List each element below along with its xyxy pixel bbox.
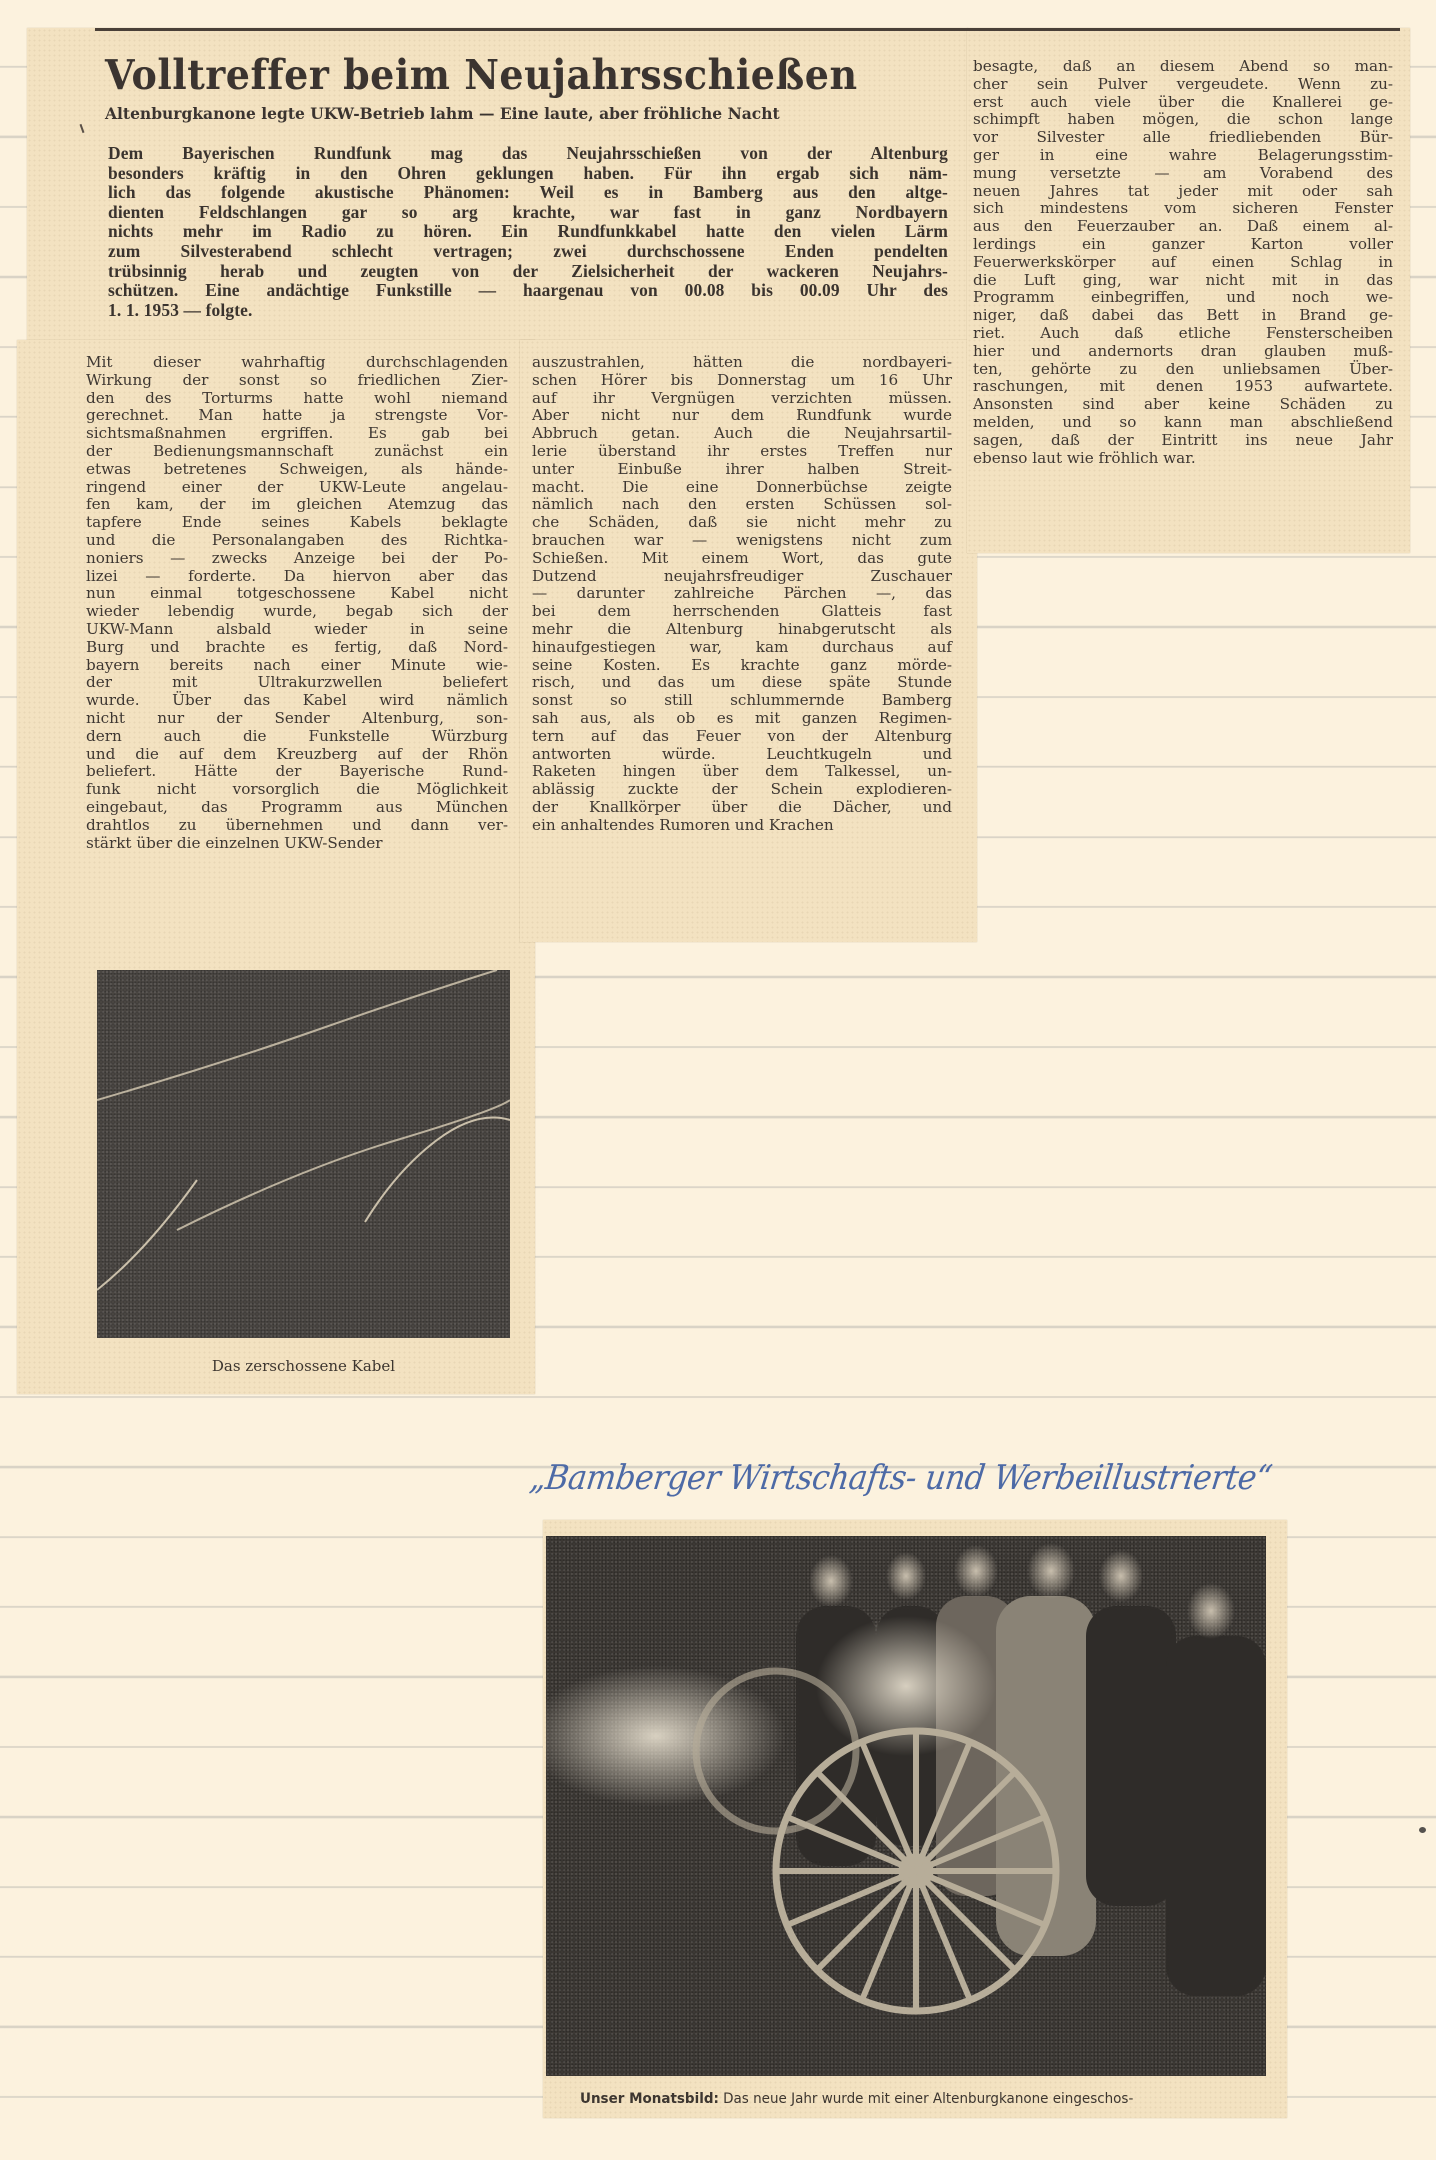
text-line: stärkt über die einzelnen UKW-Sender	[86, 835, 508, 853]
text-line: Abbruch getan. Auch die Neujahrsartil-	[532, 425, 952, 443]
cut-cable-caption: Das zerschossene Kabel	[97, 1357, 510, 1375]
text-line: den des Torturms hatte wohl niemand	[86, 390, 508, 408]
text-line: lerie überstand ihr erstes Treffen nur	[532, 443, 952, 461]
text-line: dienten Feldschlangen gar so arg krachte…	[108, 203, 948, 223]
article-column-middle: auszustrahlen, hätten die nordbayeri-sch…	[532, 354, 952, 835]
text-line: sagen, daß der Eintritt ins neue Jahr	[973, 432, 1393, 450]
text-line: neuen Jahres tat jeder mit oder sah	[973, 183, 1393, 201]
text-line: Feuerwerkskörper auf einen Schlag in	[973, 254, 1393, 272]
text-line: raschungen, mit denen 1953 aufwartete.	[973, 378, 1393, 396]
text-line: und die auf dem Kreuzberg auf der Rhön	[86, 746, 508, 764]
text-line: die Luft ging, war nicht mit in das	[973, 272, 1393, 290]
text-line: der Bedienungsmannschaft zunächst ein	[86, 443, 508, 461]
cable-lines-icon	[97, 970, 510, 1338]
text-line: niger, daß dabei das Bett in Brand ge-	[973, 307, 1393, 325]
text-line: aus den Feuerzauber an. Daß einem al-	[973, 218, 1393, 236]
text-line: auszustrahlen, hätten die nordbayeri-	[532, 354, 952, 372]
article-column-right: besagte, daß an diesem Abend so man-cher…	[973, 58, 1393, 467]
text-line: drahtlos zu übernehmen und dann ver-	[86, 817, 508, 835]
cannon-firing-photo	[546, 1536, 1266, 2076]
text-line: seine Kosten. Es krachte ganz mörde-	[532, 657, 952, 675]
text-line: erst auch viele über die Knallerei ge-	[973, 94, 1393, 112]
text-line: ten, gehörte zu den unliebsamen Über-	[973, 361, 1393, 379]
text-line: auf ihr Vergnügen verzichten müssen.	[532, 390, 952, 408]
text-line: Ansonsten sind aber keine Schäden zu	[973, 396, 1393, 414]
text-line: der Knallkörper über die Dächer, und	[532, 799, 952, 817]
cannon-scene-icon	[546, 1536, 1266, 2076]
text-line: Mit dieser wahrhaftig durchschlagenden	[86, 354, 508, 372]
text-line: nicht nur der Sender Altenburg, son-	[86, 710, 508, 728]
text-line: ger in eine wahre Belagerungsstim-	[973, 147, 1393, 165]
caption-label: Unser Monatsbild:	[580, 2091, 719, 2107]
ink-spot	[1419, 1827, 1426, 1833]
text-line: hinaufgestiegen war, kam durchaus auf	[532, 639, 952, 657]
text-line: mung versetzte — am Vorabend des	[973, 165, 1393, 183]
text-line: ringend einer der UKW-Leute angelau-	[86, 479, 508, 497]
text-line: lich das folgende akustische Phänomen: W…	[108, 183, 948, 203]
text-line: nämlich nach den ersten Schüssen sol-	[532, 496, 952, 514]
text-line: lerdings ein ganzer Karton voller	[973, 236, 1393, 254]
text-line: eingebaut, das Programm aus München	[86, 799, 508, 817]
text-line: gerechnet. Man hatte ja strengste Vor-	[86, 407, 508, 425]
text-line: besonders kräftig in den Ohren geklungen…	[108, 164, 948, 184]
text-line: funk nicht vorsorglich die Möglichkeit	[86, 781, 508, 799]
text-line: noniers — zwecks Anzeige bei der Po-	[86, 550, 508, 568]
text-line: hier und andernorts dran glauben muß-	[973, 343, 1393, 361]
text-line: beliefert. Hätte der Bayerische Rund-	[86, 763, 508, 781]
text-line: und die Personalangaben des Richtka-	[86, 532, 508, 550]
text-line: riet. Auch daß etliche Fensterscheiben	[973, 325, 1393, 343]
cannon-photo-caption: Unser Monatsbild: Das neue Jahr wurde mi…	[580, 2091, 1222, 2107]
text-line: — darunter zahlreiche Pärchen —, das	[532, 585, 952, 603]
text-line: cher sein Pulver vergeudete. Wenn zu-	[973, 76, 1393, 94]
text-line: Dem Bayerischen Rundfunk mag das Neujahr…	[108, 144, 948, 164]
text-line: sonst so still schlummernde Bamberg	[532, 692, 952, 710]
text-line: schimpft haben mögen, die schon lange	[973, 111, 1393, 129]
article-subheadline: Altenburgkanone legte UKW-Betrieb lahm —…	[105, 104, 935, 123]
text-line: tapfere Ende seines Kabels beklagte	[86, 514, 508, 532]
text-line: schen Hörer bis Donnerstag um 16 Uhr	[532, 372, 952, 390]
text-line: wurde. Über das Kabel wird nämlich	[86, 692, 508, 710]
text-line: wieder lebendig wurde, begab sich der	[86, 603, 508, 621]
text-line: che Schäden, daß sie nicht mehr zu	[532, 514, 952, 532]
handwritten-source-note: „Bamberger Wirtschafts- und Werbeillustr…	[527, 1458, 1287, 1498]
text-line: fen kam, der im gleichen Atemzug das	[86, 496, 508, 514]
text-line: Wirkung der sonst so friedlichen Zier-	[86, 372, 508, 390]
article-lead-paragraph: Dem Bayerischen Rundfunk mag das Neujahr…	[108, 144, 948, 320]
text-line: 1. 1. 1953 — folgte.	[108, 301, 948, 321]
text-line: Dutzend neujahrsfreudiger Zuschauer	[532, 568, 952, 586]
text-line: etwas betretenes Schweigen, als hände-	[86, 461, 508, 479]
text-line: zum Silvesterabend schlecht vertragen; z…	[108, 242, 948, 262]
text-line: ein anhaltendes Rumoren und Krachen	[532, 817, 952, 835]
text-line: Programm einbegriffen, und noch we-	[973, 289, 1393, 307]
text-line: sich mindestens vom sicheren Fenster	[973, 200, 1393, 218]
text-line: Aber nicht nur dem Rundfunk wurde	[532, 407, 952, 425]
text-line: ablässig zuckte der Schein explodieren-	[532, 781, 952, 799]
text-line: nichts mehr im Radio zu hören. Ein Rundf…	[108, 222, 948, 242]
text-line: sah aus, als ob es mit ganzen Regimen-	[532, 710, 952, 728]
text-line: ebenso laut wie fröhlich war.	[973, 450, 1393, 468]
text-line: UKW-Mann alsbald wieder in seine	[86, 621, 508, 639]
text-line: melden, und so kann man abschließend	[973, 414, 1393, 432]
text-line: bei dem herrschenden Glatteis fast	[532, 603, 952, 621]
text-line: mehr die Altenburg hinabgerutscht als	[532, 621, 952, 639]
caption-text: Das neue Jahr wurde mit einer Altenburgk…	[723, 2091, 1133, 2107]
text-line: tern auf das Feuer von der Altenburg	[532, 728, 952, 746]
text-line: unter Einbuße ihrer halben Streit-	[532, 461, 952, 479]
text-line: trübsinnig herab und zeugten von der Zie…	[108, 262, 948, 282]
text-line: antworten würde. Leuchtkugeln und	[532, 746, 952, 764]
text-line: vor Silvester alle friedliebenden Bür-	[973, 129, 1393, 147]
headline-rule	[95, 28, 1400, 31]
article-headline: Volltreffer beim Neujahrsschießen	[105, 50, 935, 99]
text-line: lizei — forderte. Da hiervon aber das	[86, 568, 508, 586]
text-line: macht. Die eine Donnerbüchse zeigte	[532, 479, 952, 497]
text-line: bayern bereits nach einer Minute wie-	[86, 657, 508, 675]
text-line: besagte, daß an diesem Abend so man-	[973, 58, 1393, 76]
text-line: der mit Ultrakurzwellen beliefert	[86, 674, 508, 692]
cut-cable-photo	[97, 970, 510, 1338]
text-line: sichtsmaßnahmen ergriffen. Es gab bei	[86, 425, 508, 443]
text-line: Schießen. Mit einem Wort, das gute	[532, 550, 952, 568]
text-line: dern auch die Funkstelle Würzburg	[86, 728, 508, 746]
text-line: risch, und das um diese späte Stunde	[532, 674, 952, 692]
article-column-left: Mit dieser wahrhaftig durchschlagendenWi…	[86, 354, 508, 852]
text-line: Burg und brachte es fertig, daß Nord-	[86, 639, 508, 657]
text-line: schützen. Eine andächtige Funkstille — h…	[108, 281, 948, 301]
text-line: Raketen hingen über dem Talkessel, un-	[532, 763, 952, 781]
text-line: nun einmal totgeschossene Kabel nicht	[86, 585, 508, 603]
text-line: brauchen war — wenigstens nicht zum	[532, 532, 952, 550]
